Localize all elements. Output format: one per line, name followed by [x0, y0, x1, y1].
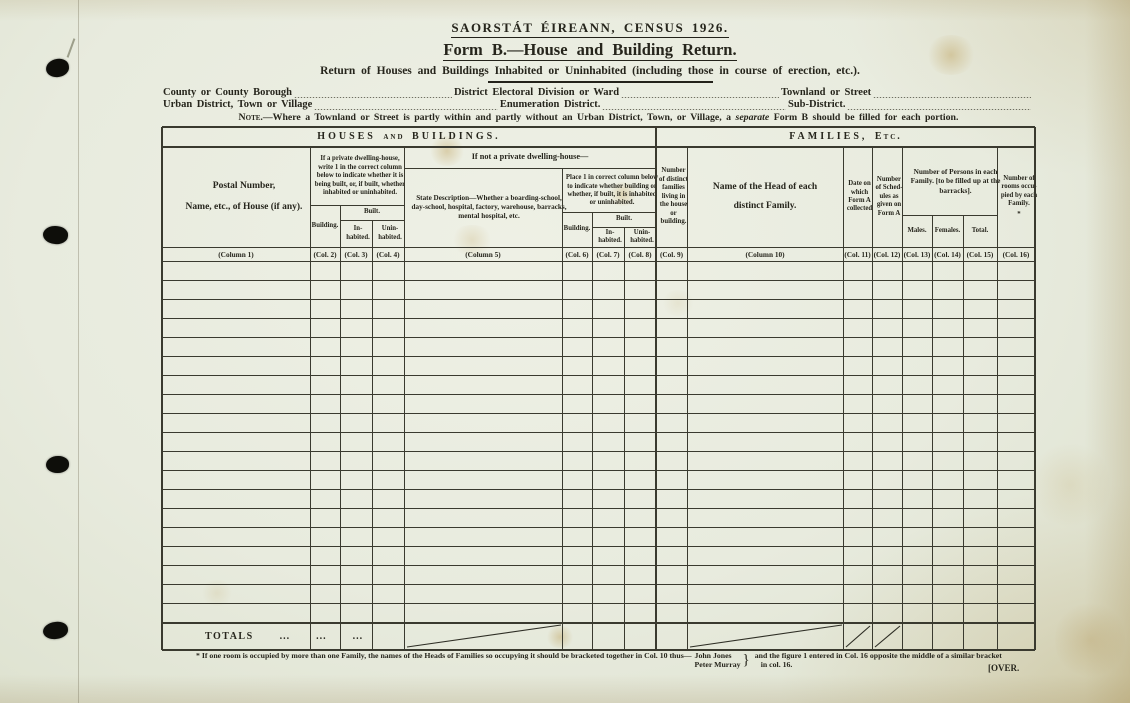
place-1-group-header: Place 1 in correct column below to indic…	[562, 170, 662, 212]
section-families-etc: FAMILIES, Etc.	[656, 127, 1035, 147]
col10-header: Name of the Head of eachdistinct Family.	[687, 147, 843, 247]
table-horizontal-rule	[162, 489, 1035, 490]
urban-district-label: Urban District, Town or Village	[163, 100, 312, 111]
description-underline	[488, 81, 713, 83]
col15-total-header: Total.	[963, 215, 997, 247]
col2-building-header: Building.	[310, 205, 340, 247]
column-label-5: (Column 5)	[404, 247, 562, 261]
subdistrict-fill-line	[847, 109, 1031, 110]
table-horizontal-rule	[162, 508, 1035, 509]
table-horizontal-rule	[404, 168, 656, 169]
table-horizontal-rule	[162, 337, 1035, 338]
table-vertical-rule	[997, 147, 998, 650]
table-horizontal-rule	[162, 527, 1035, 528]
punch-hole	[45, 57, 70, 78]
form-header: SAORSTÁT ÉIREANN, CENSUS 1926. Form B.—H…	[150, 20, 1030, 77]
private-dwelling-group-header: If a private dwelling-house, write 1 in …	[310, 148, 410, 205]
table-vertical-rule	[562, 168, 563, 650]
enumeration-label: Enumeration District.	[500, 100, 601, 111]
table-vertical-rule	[372, 220, 373, 650]
column-label-11: (Col. 11)	[843, 247, 872, 261]
county-label: County or County Borough	[163, 88, 292, 99]
totals-row-label: TOTALS ... ... ...	[162, 623, 310, 649]
column-label-15: (Col. 15)	[963, 247, 997, 261]
built-group-header-2: Built.	[592, 212, 656, 227]
column-label-12: (Col. 12)	[872, 247, 902, 261]
table-vertical-rule	[687, 147, 688, 650]
house-building-return-table: HOUSES and BUILDINGS. FAMILIES, Etc. Pos…	[162, 127, 1035, 650]
table-horizontal-rule	[162, 394, 1035, 395]
table-horizontal-rule	[162, 565, 1035, 566]
footnote-tails: and the figure 1 entered in Col. 16 oppo…	[755, 652, 1002, 670]
table-horizontal-rule	[162, 126, 1035, 128]
page-fold-line	[78, 0, 79, 703]
table-vertical-rule	[655, 127, 657, 650]
column-label-6: (Col. 6)	[562, 247, 592, 261]
section-houses-buildings: HOUSES and BUILDINGS.	[162, 127, 656, 147]
note-label: Note.	[239, 112, 263, 123]
table-vertical-rule	[161, 127, 163, 650]
punch-hole	[46, 456, 69, 473]
age-stain	[1030, 440, 1110, 530]
not-private-group-header: If not a private dwelling-house—	[404, 147, 656, 168]
enumeration-fill-line	[602, 109, 786, 110]
col5-header: State Description—Whether a boarding-sch…	[404, 168, 574, 247]
footnote-brace: }	[743, 653, 750, 668]
ded-label: District Electoral Division or Ward	[454, 88, 619, 99]
column-label-4: (Col. 4)	[372, 247, 404, 261]
punch-hole	[42, 225, 69, 246]
column-label-10: (Column 10)	[687, 247, 843, 261]
col1-header: Postal Number,Name, etc., of House (if a…	[162, 147, 326, 247]
table-vertical-rule	[902, 147, 903, 650]
field-row-1: County or County Borough District Electo…	[163, 88, 1033, 99]
built-group-header: Built.	[340, 205, 404, 220]
note-line: Note.—Where a Townland or Street is part…	[162, 112, 1035, 123]
column-label-13: (Col. 13)	[902, 247, 932, 261]
table-horizontal-rule	[162, 432, 1035, 433]
table-horizontal-rule	[162, 451, 1035, 452]
table-horizontal-rule	[162, 299, 1035, 300]
punch-hole	[42, 621, 69, 641]
table-horizontal-rule	[162, 146, 1035, 147]
footnote: * If one room is occupied by more than o…	[196, 652, 1002, 670]
scanned-census-form-page: SAORSTÁT ÉIREANN, CENSUS 1926. Form B.—H…	[0, 0, 1130, 703]
column-label-3: (Col. 3)	[340, 247, 372, 261]
form-description: Return of Houses and Buildings Inhabited…	[150, 65, 1030, 77]
over-label: [OVER.	[988, 663, 1019, 673]
field-row-2: Urban District, Town or Village Enumerat…	[163, 100, 1033, 111]
table-horizontal-rule	[162, 584, 1035, 585]
table-vertical-rule	[1034, 127, 1036, 650]
table-vertical-rule	[404, 147, 405, 650]
table-horizontal-rule	[162, 470, 1035, 471]
footnote-names: John JonesPeter Murray	[695, 652, 741, 670]
table-horizontal-rule	[162, 318, 1035, 319]
table-horizontal-rule	[162, 280, 1035, 281]
ded-fill-line	[621, 97, 779, 98]
table-horizontal-rule	[162, 603, 1035, 604]
page-title: SAORSTÁT ÉIREANN, CENSUS 1926.	[150, 20, 1030, 38]
table-vertical-rule	[872, 147, 873, 650]
col13-males-header: Males.	[902, 215, 932, 247]
townland-label: Townland or Street	[781, 88, 871, 99]
table-horizontal-rule	[162, 546, 1035, 547]
table-horizontal-rule	[162, 375, 1035, 376]
table-horizontal-rule	[562, 212, 656, 213]
county-fill-line	[294, 97, 452, 98]
footnote-lead: * If one room is occupied by more than o…	[196, 652, 692, 661]
column-label-14: (Col. 14)	[932, 247, 963, 261]
table-horizontal-rule	[310, 205, 404, 206]
column-label-7: (Col. 7)	[592, 247, 624, 261]
table-horizontal-rule	[162, 356, 1035, 357]
table-vertical-rule	[310, 147, 311, 650]
table-horizontal-rule	[902, 215, 997, 216]
table-horizontal-rule	[162, 622, 1035, 624]
subdistrict-label: Sub-District.	[788, 100, 845, 111]
note-text-italic: separate	[736, 112, 770, 123]
table-horizontal-rule	[592, 227, 656, 228]
age-stain	[1055, 600, 1125, 680]
table-vertical-rule	[624, 227, 625, 650]
townland-fill-line	[873, 97, 1031, 98]
note-text-pre: —Where a Townland or Street is partly wi…	[263, 112, 736, 123]
table-horizontal-rule	[162, 413, 1035, 414]
column-label-9: (Col. 9)	[656, 247, 687, 261]
column-label-2: (Col. 2)	[310, 247, 340, 261]
table-vertical-rule	[340, 205, 341, 650]
table-vertical-rule	[843, 147, 844, 650]
table-horizontal-rule	[340, 220, 404, 221]
form-subtitle: Form B.—House and Building Return.	[150, 40, 1030, 61]
note-text-post: Form B should be filled for each portion…	[769, 112, 958, 123]
col6-building-header: Building.	[562, 212, 592, 247]
scratch-mark	[67, 38, 76, 57]
column-label-1: (Column 1)	[162, 247, 310, 261]
col14-females-header: Females.	[932, 215, 963, 247]
column-label-8: (Col. 8)	[624, 247, 656, 261]
urban-district-fill-line	[314, 109, 498, 110]
persons-group-header: Number of Persons in each Family. [to be…	[902, 147, 1009, 215]
column-label-16: (Col. 16)	[997, 247, 1035, 261]
